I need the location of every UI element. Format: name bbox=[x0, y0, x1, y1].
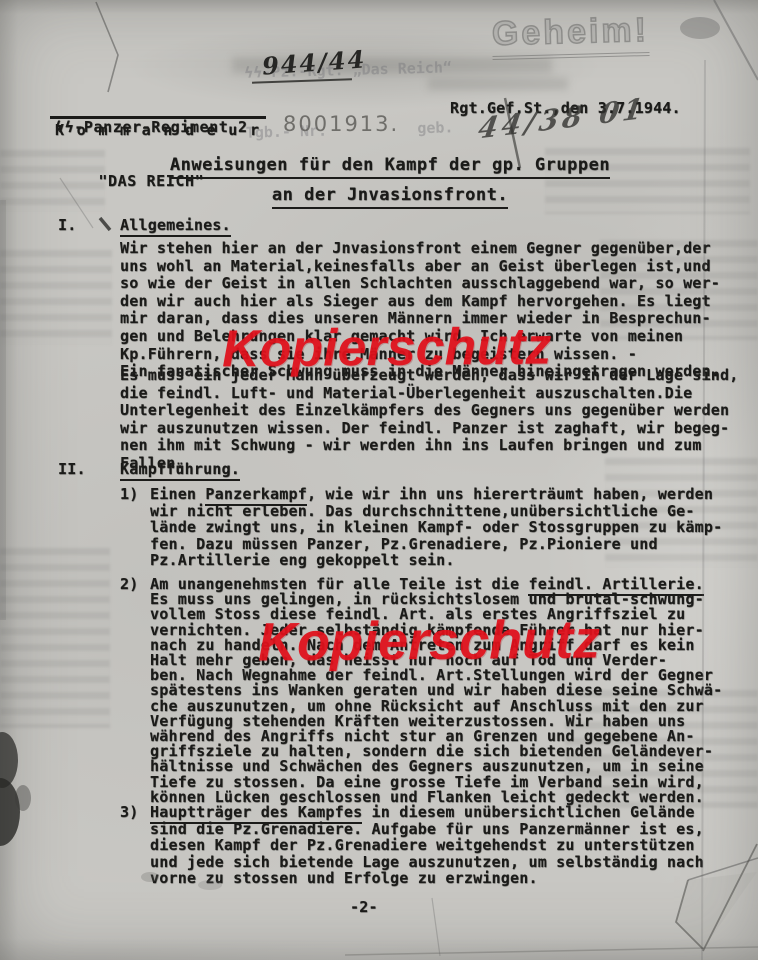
edge-stain bbox=[0, 778, 20, 846]
letterhead-role: K o m m a n d e u r bbox=[55, 121, 261, 139]
item-3-text: Hauptträger des Kampfes in diesem unüber… bbox=[150, 804, 704, 887]
bleedthrough-text bbox=[0, 548, 110, 728]
item-3-marker: 3) bbox=[120, 804, 138, 821]
dark-smudge bbox=[680, 17, 720, 39]
folded-corner-line bbox=[703, 844, 757, 951]
title-line2: an der Jnvasionsfront. bbox=[272, 185, 508, 209]
scanned-document-page: ϟϟ-Pz.-Rgt. „Das Reich“ Tgb.- Nr. geb. 9… bbox=[0, 0, 758, 960]
letterhead-rule bbox=[50, 116, 266, 119]
section-1-heading: Allgemeines. bbox=[120, 216, 231, 234]
page-corner-line bbox=[714, 0, 758, 80]
copy-protection-watermark-1: Kopierschutz bbox=[222, 317, 552, 380]
item-1-marker: 1) bbox=[120, 486, 138, 503]
section-2-heading: Kampfführung. bbox=[120, 460, 240, 478]
title-line1: Anweisungen für den Kampf der gp. Gruppe… bbox=[170, 155, 610, 179]
crease-line bbox=[432, 898, 440, 956]
bottom-edge-line bbox=[345, 947, 758, 955]
archive-number-stamp: 8001913. bbox=[283, 112, 399, 136]
section-1-paragraph-2: Es muss ein jeder Mann überzeugt werden,… bbox=[120, 367, 738, 473]
section-2-label: II. bbox=[58, 460, 86, 478]
geheim-classification-stamp: Geheim! bbox=[491, 11, 649, 60]
bleedthrough-text bbox=[0, 250, 112, 345]
folded-corner-line bbox=[676, 880, 703, 949]
edge-stain bbox=[0, 732, 18, 788]
document-title: Anweisungen für den Kampf der gp. Gruppe… bbox=[120, 155, 660, 209]
edge-stain bbox=[15, 785, 31, 811]
item-2-marker: 2) bbox=[120, 577, 138, 592]
section-1-label: I. bbox=[58, 216, 76, 234]
torn-corner-line bbox=[96, 2, 118, 92]
item-1-text: Einen Panzerkampf, wie wir ihn uns hiere… bbox=[150, 486, 722, 569]
page-number: -2- bbox=[350, 898, 378, 916]
copy-protection-watermark-2: Kopierschutz bbox=[258, 609, 601, 674]
